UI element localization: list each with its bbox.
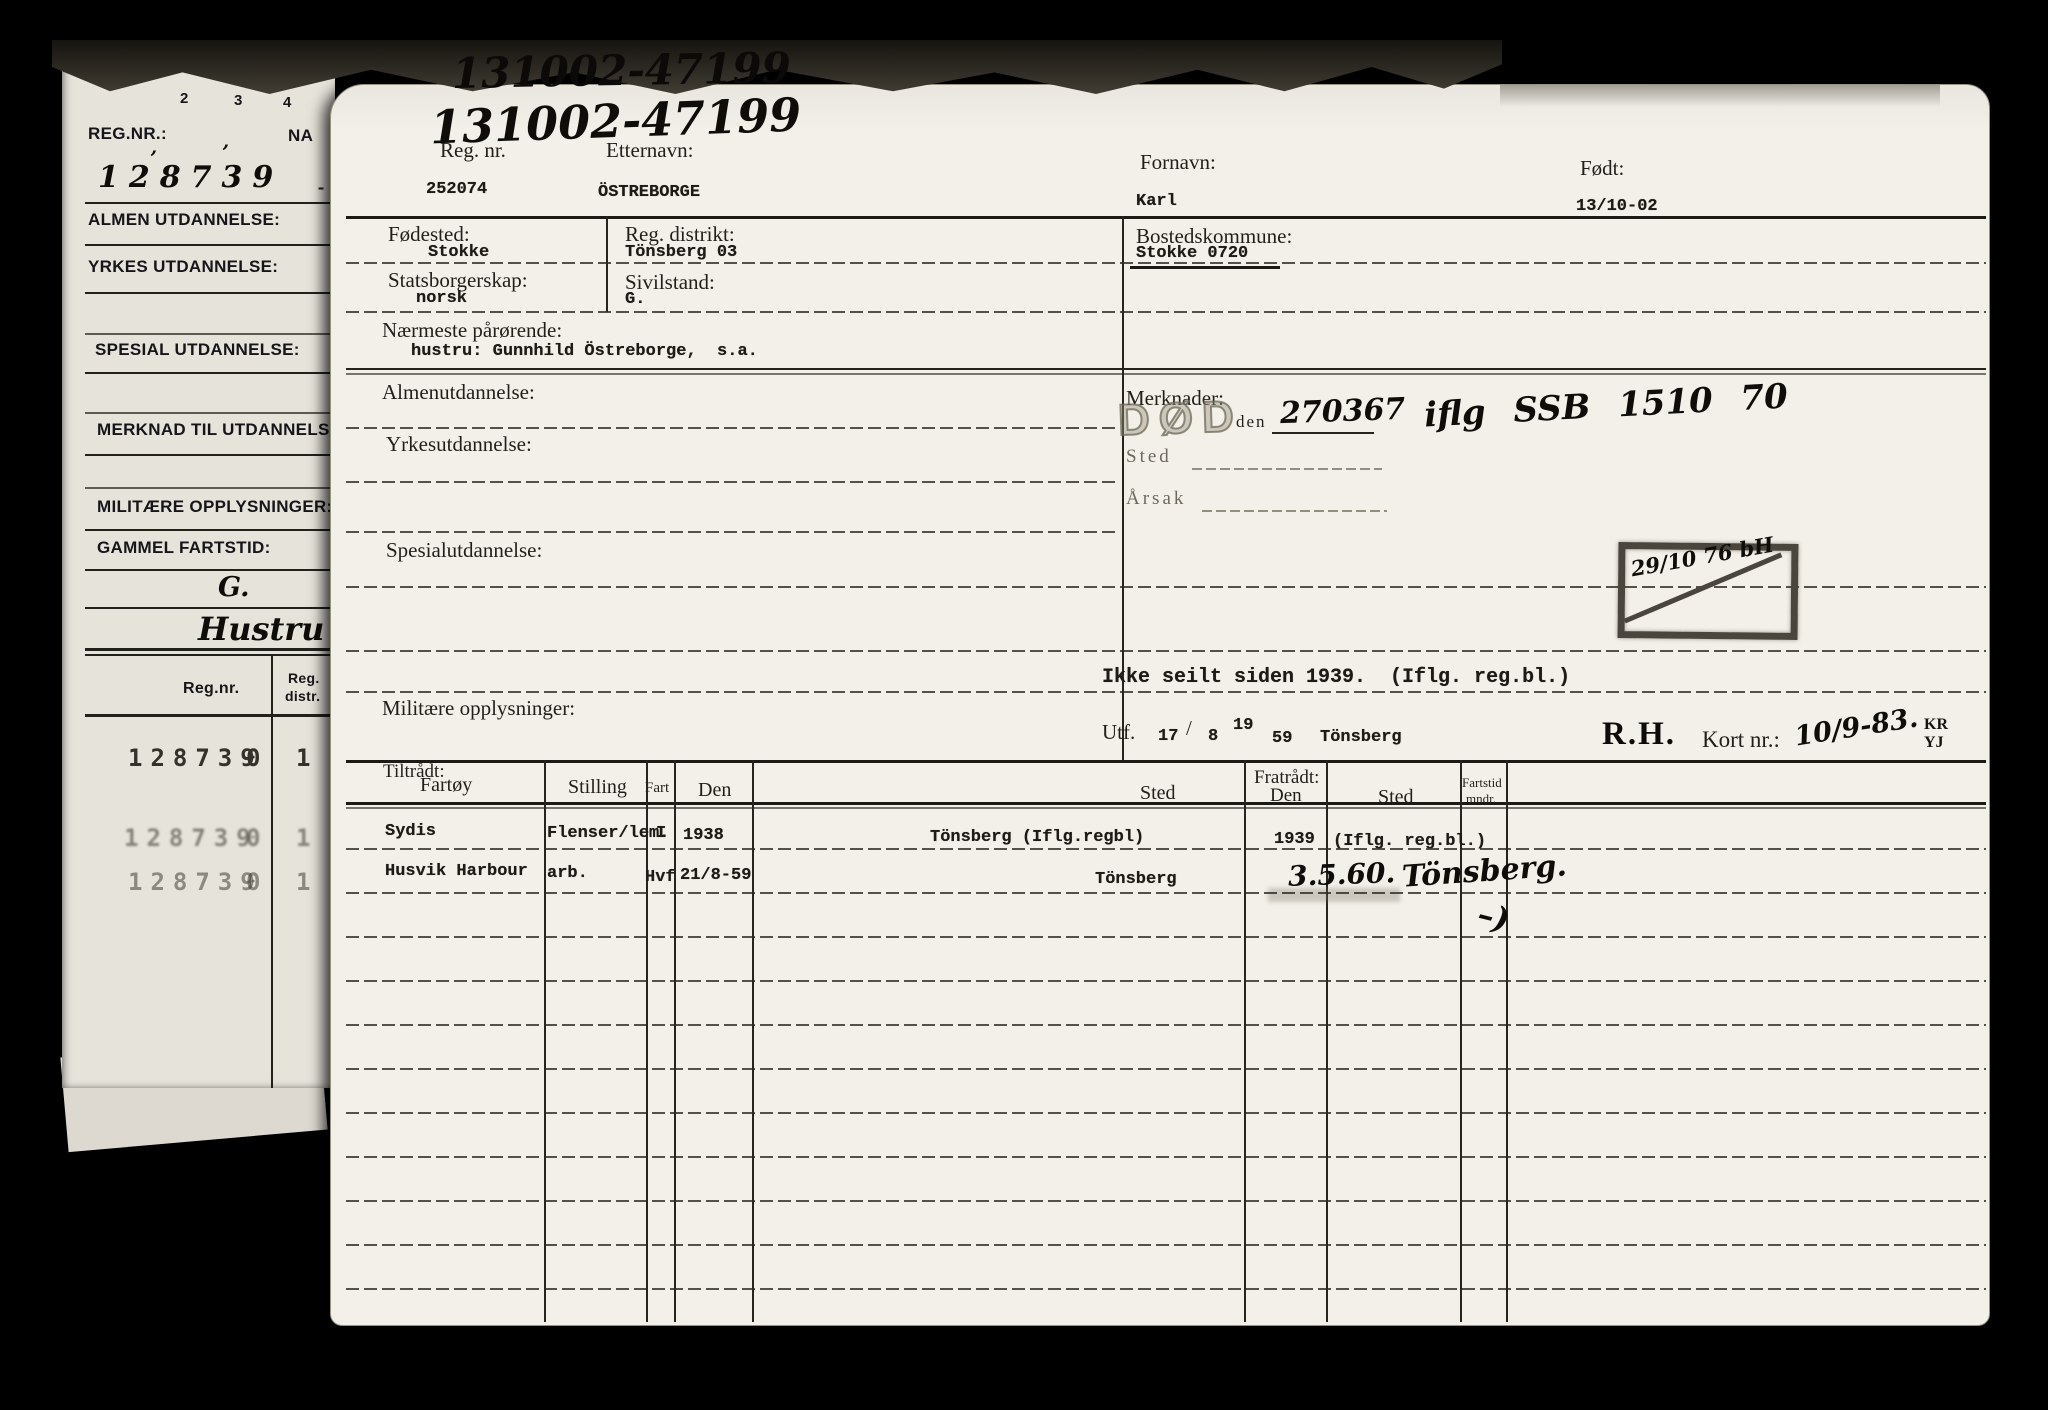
etternavn-value: ÖSTREBORGE xyxy=(598,183,700,202)
back-label-spesial: SPESIAL UTDANNELSE: xyxy=(95,340,300,360)
section-militaere: Militære opplysninger: xyxy=(382,696,575,721)
reg-distrikt-value: Tönsberg 03 xyxy=(625,243,737,262)
section-almenutdannelse: Almenutdannelse: xyxy=(382,380,535,405)
bostedskommune-value: Stokke 0720 xyxy=(1136,244,1248,263)
front-register-card xyxy=(330,84,1990,1326)
merknader-sted-label: Sted xyxy=(1126,446,1172,468)
fornavn-label: Fornavn: xyxy=(1140,150,1216,175)
voyage-row-stilling: arb. xyxy=(547,864,588,883)
utf-slash: / xyxy=(1186,716,1192,741)
merknader-den-label: den xyxy=(1236,412,1267,432)
back-stamped-regnr: 128739 xyxy=(124,824,259,852)
utf-century: 19 xyxy=(1233,716,1253,735)
back-stamped-digit: 0 xyxy=(246,868,260,896)
sivilstand-value: G. xyxy=(625,290,645,309)
back-label-yrkes: YRKES UTDANNELSE: xyxy=(88,257,278,277)
reg-nr-value: 252074 xyxy=(426,180,487,199)
kort-nr-label: Kort nr.: xyxy=(1702,727,1780,753)
header-fart: Fart xyxy=(645,780,669,797)
parorende-value: hustru: Gunnhild Östreborge, s.a. xyxy=(411,342,758,361)
voyage-row-den: 1938 xyxy=(683,826,724,845)
voyage-row-fartoy: Husvik Harbour xyxy=(385,862,528,881)
ruler-mark: 3 xyxy=(234,92,243,109)
ruler-mark: 2 xyxy=(180,90,189,107)
back-stamped-digit: 1 xyxy=(296,824,310,852)
utf-month: 8 xyxy=(1208,727,1218,746)
scan-shadow xyxy=(1500,85,1940,107)
parorende-label: Nærmeste pårørende: xyxy=(382,318,562,343)
back-stamped-digit: 0 xyxy=(246,824,260,852)
header-den: Den xyxy=(698,779,731,802)
back-hand-hustru: Hustru : xyxy=(198,610,347,648)
back-table-col2-header: distr. xyxy=(285,688,320,704)
seilt-note: Ikke seilt siden 1939. (Iflg. reg.bl.) xyxy=(1102,666,1570,689)
header-sted2: Sted xyxy=(1378,786,1414,809)
ruler-mark: 4 xyxy=(283,94,292,111)
section-spesialutdannelse: Spesialutdannelse: xyxy=(386,538,542,563)
fornavn-value: Karl xyxy=(1136,192,1177,211)
back-navn-label-partial: NA xyxy=(288,126,313,146)
utf-label: Utf. xyxy=(1102,720,1135,745)
voyage-row-sted: Tönsberg xyxy=(1095,870,1177,889)
pen-dash-mark: - xyxy=(316,180,326,199)
section-yrkesutdannelse: Yrkesutdannelse: xyxy=(386,432,532,457)
voyage-row-sted: Tönsberg (Iflg.regbl) xyxy=(930,828,1144,847)
back-label-gammel: GAMMEL FARTSTID: xyxy=(97,538,271,558)
header-stilling: Stilling xyxy=(568,776,627,799)
utf-place: Tönsberg xyxy=(1320,728,1402,747)
voyage-row-fart: I xyxy=(656,824,666,843)
merknader-arsak-label: Årsak xyxy=(1126,488,1186,510)
voyage-row-fartoy: Sydis xyxy=(385,822,436,841)
header-fartstid: Fartstid xyxy=(1462,775,1502,791)
voyage-row-fratraadt-den: 1939 xyxy=(1274,830,1315,849)
back-reg-nr-value: 128739 xyxy=(98,160,283,195)
back-table-col1-header: Reg.nr. xyxy=(183,680,239,698)
back-stamped-regnr: 128739 xyxy=(128,868,263,896)
scanned-register-card-page: 2 3 4 REG.NR.: NA ’ ’ 128739 ALMEN UTDAN… xyxy=(0,0,2048,1410)
statsborgerskap-value: norsk xyxy=(416,289,467,308)
back-label-merknad: MERKNAD TIL UTDANNELSE: xyxy=(97,420,347,440)
utf-year: 59 xyxy=(1272,729,1292,748)
fodt-label: Født: xyxy=(1580,156,1624,181)
rh-stamp: R.H. xyxy=(1602,716,1676,753)
header-fartoy: Fartøy xyxy=(420,774,472,797)
fodt-value: 13/10-02 xyxy=(1576,197,1658,216)
dod-stamp: DØD xyxy=(1117,392,1243,446)
utf-day: 17 xyxy=(1158,727,1178,746)
voyage-row-fratraadt-den-handwritten: 3.5.60. xyxy=(1287,856,1395,893)
back-stamped-regnr: 128739 xyxy=(128,744,263,772)
back-reg-nr-label: REG.NR.: xyxy=(88,124,167,144)
back-hand-fartstid: G. xyxy=(218,572,250,603)
back-table-col2-header: Reg. xyxy=(288,670,320,686)
voyage-row-fart: Hvf xyxy=(645,868,676,887)
back-label-militaere: MILITÆRE OPPLYSNINGER: xyxy=(97,497,333,517)
dod-date-handwritten: 270367 xyxy=(1279,392,1405,431)
back-stamped-digit: 0 xyxy=(246,744,260,772)
back-label-almen: ALMEN UTDANNELSE: xyxy=(88,210,280,230)
fodested-value: Stokke xyxy=(428,243,489,262)
back-stamped-digit: 1 xyxy=(296,868,310,896)
clerk-initials: YJ xyxy=(1924,734,1944,751)
voyage-row-stilling: Flenser/lem. xyxy=(547,824,669,843)
back-stamped-digit: 1 xyxy=(296,744,310,772)
clerk-initials: KR xyxy=(1924,716,1948,733)
voyage-row-den: 21/8-59 xyxy=(680,866,751,885)
